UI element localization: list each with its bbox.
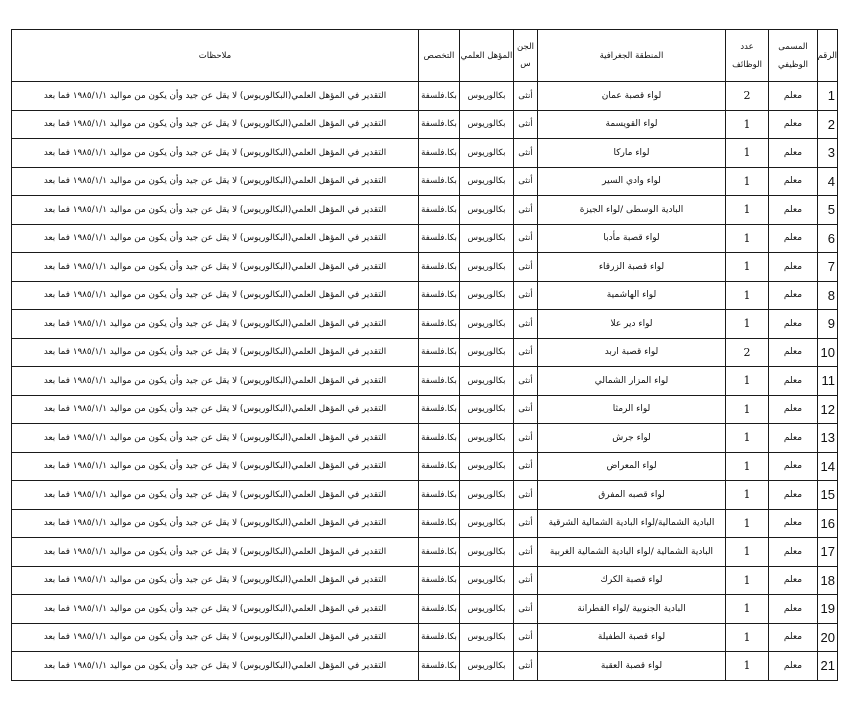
cell-region: لواء ماركا <box>538 139 726 168</box>
cell-qualification: بكالوريوس <box>460 167 514 196</box>
cell-job-count: 1 <box>726 110 769 139</box>
header-gender: الجن س <box>514 30 538 82</box>
cell-notes: التقدير في المؤهل العلمي(البكالوريوس) لا… <box>12 623 419 652</box>
cell-notes: التقدير في المؤهل العلمي(البكالوريوس) لا… <box>12 424 419 453</box>
cell-region: لواء الهاشمية <box>538 281 726 310</box>
cell-gender: أنثى <box>514 82 538 111</box>
cell-region: لواء قصبة الزرقاء <box>538 253 726 282</box>
cell-gender: أنثى <box>514 395 538 424</box>
table-row: 9 معلم 1 لواء دير علا أنثى بكالوريوس بكا… <box>12 310 838 339</box>
table-row: 12 معلم 1 لواء الرمثا أنثى بكالوريوس بكا… <box>12 395 838 424</box>
cell-notes: التقدير في المؤهل العلمي(البكالوريوس) لا… <box>12 566 419 595</box>
cell-job-title: معلم <box>769 253 818 282</box>
cell-region: لواء قصبة العقبة <box>538 652 726 681</box>
cell-notes: التقدير في المؤهل العلمي(البكالوريوس) لا… <box>12 253 419 282</box>
cell-gender: أنثى <box>514 338 538 367</box>
cell-job-title: معلم <box>769 452 818 481</box>
cell-region: لواء قصبة الطفيلة <box>538 623 726 652</box>
cell-region: لواء قصبة الكرك <box>538 566 726 595</box>
cell-region: لواء القويسمة <box>538 110 726 139</box>
cell-gender: أنثى <box>514 253 538 282</box>
cell-job-count: 1 <box>726 281 769 310</box>
cell-number: 15 <box>818 481 838 510</box>
header-notes: ملاحظات <box>12 30 419 82</box>
cell-qualification: بكالوريوس <box>460 623 514 652</box>
table-row: 2 معلم 1 لواء القويسمة أنثى بكالوريوس بك… <box>12 110 838 139</box>
cell-job-count: 1 <box>726 623 769 652</box>
cell-qualification: بكالوريوس <box>460 509 514 538</box>
cell-job-count: 1 <box>726 139 769 168</box>
cell-job-title: معلم <box>769 82 818 111</box>
cell-gender: أنثى <box>514 310 538 339</box>
cell-number: 11 <box>818 367 838 396</box>
table-row: 3 معلم 1 لواء ماركا أنثى بكالوريوس بكا.ف… <box>12 139 838 168</box>
cell-notes: التقدير في المؤهل العلمي(البكالوريوس) لا… <box>12 652 419 681</box>
cell-number: 20 <box>818 623 838 652</box>
table-row: 18 معلم 1 لواء قصبة الكرك أنثى بكالوريوس… <box>12 566 838 595</box>
table-row: 19 معلم 1 البادية الجنوبية /لواء القطران… <box>12 595 838 624</box>
cell-job-count: 1 <box>726 395 769 424</box>
cell-specialization: بكا.فلسفة <box>419 167 460 196</box>
cell-notes: التقدير في المؤهل العلمي(البكالوريوس) لا… <box>12 538 419 567</box>
cell-job-title: معلم <box>769 367 818 396</box>
cell-gender: أنثى <box>514 167 538 196</box>
cell-number: 19 <box>818 595 838 624</box>
table-row: 10 معلم 2 لواء قصبة اربد أنثى بكالوريوس … <box>12 338 838 367</box>
cell-job-count: 2 <box>726 82 769 111</box>
cell-gender: أنثى <box>514 509 538 538</box>
cell-specialization: بكا.فلسفة <box>419 196 460 225</box>
cell-job-title: معلم <box>769 566 818 595</box>
cell-number: 21 <box>818 652 838 681</box>
table-row: 13 معلم 1 لواء جرش أنثى بكالوريوس بكا.فل… <box>12 424 838 453</box>
cell-gender: أنثى <box>514 281 538 310</box>
cell-job-count: 1 <box>726 196 769 225</box>
cell-job-count: 1 <box>726 652 769 681</box>
cell-number: 7 <box>818 253 838 282</box>
cell-job-count: 1 <box>726 424 769 453</box>
cell-number: 3 <box>818 139 838 168</box>
cell-job-count: 1 <box>726 595 769 624</box>
cell-specialization: بكا.فلسفة <box>419 509 460 538</box>
cell-gender: أنثى <box>514 566 538 595</box>
cell-qualification: بكالوريوس <box>460 310 514 339</box>
cell-gender: أنثى <box>514 139 538 168</box>
cell-specialization: بكا.فلسفة <box>419 310 460 339</box>
cell-qualification: بكالوريوس <box>460 281 514 310</box>
cell-job-count: 1 <box>726 566 769 595</box>
cell-number: 10 <box>818 338 838 367</box>
table-row: 5 معلم 1 البادية الوسطى /لواء الجيزة أنث… <box>12 196 838 225</box>
cell-region: لواء جرش <box>538 424 726 453</box>
cell-job-title: معلم <box>769 481 818 510</box>
cell-qualification: بكالوريوس <box>460 110 514 139</box>
cell-specialization: بكا.فلسفة <box>419 395 460 424</box>
cell-gender: أنثى <box>514 652 538 681</box>
table-row: 15 معلم 1 لواء قصبه المفرق أنثى بكالوريو… <box>12 481 838 510</box>
table-row: 7 معلم 1 لواء قصبة الزرقاء أنثى بكالوريو… <box>12 253 838 282</box>
header-job-count: عدد الوظائف <box>726 30 769 82</box>
cell-job-title: معلم <box>769 395 818 424</box>
cell-job-title: معلم <box>769 167 818 196</box>
cell-notes: التقدير في المؤهل العلمي(البكالوريوس) لا… <box>12 110 419 139</box>
cell-region: البادية الشمالية /لواء البادية الشمالية … <box>538 538 726 567</box>
cell-number: 1 <box>818 82 838 111</box>
cell-qualification: بكالوريوس <box>460 424 514 453</box>
cell-notes: التقدير في المؤهل العلمي(البكالوريوس) لا… <box>12 224 419 253</box>
cell-region: البادية الوسطى /لواء الجيزة <box>538 196 726 225</box>
cell-qualification: بكالوريوس <box>460 395 514 424</box>
cell-specialization: بكا.فلسفة <box>419 338 460 367</box>
cell-specialization: بكا.فلسفة <box>419 82 460 111</box>
cell-specialization: بكا.فلسفة <box>419 281 460 310</box>
cell-job-title: معلم <box>769 281 818 310</box>
cell-number: 6 <box>818 224 838 253</box>
cell-job-title: معلم <box>769 424 818 453</box>
cell-gender: أنثى <box>514 196 538 225</box>
cell-qualification: بكالوريوس <box>460 338 514 367</box>
cell-qualification: بكالوريوس <box>460 82 514 111</box>
cell-region: لواء دير علا <box>538 310 726 339</box>
cell-qualification: بكالوريوس <box>460 595 514 624</box>
cell-qualification: بكالوريوس <box>460 538 514 567</box>
cell-job-title: معلم <box>769 595 818 624</box>
table-row: 6 معلم 1 لواء قصبة مأدبا أنثى بكالوريوس … <box>12 224 838 253</box>
cell-notes: التقدير في المؤهل العلمي(البكالوريوس) لا… <box>12 395 419 424</box>
document-page: الرقم المسمى الوظيفي عدد الوظائف المنطقة… <box>11 29 838 681</box>
cell-specialization: بكا.فلسفة <box>419 367 460 396</box>
cell-job-title: معلم <box>769 224 818 253</box>
cell-region: لواء المعراض <box>538 452 726 481</box>
cell-job-title: معلم <box>769 623 818 652</box>
table-row: 1 معلم 2 لواء قصبة عمان أنثى بكالوريوس ب… <box>12 82 838 111</box>
cell-number: 5 <box>818 196 838 225</box>
cell-gender: أنثى <box>514 595 538 624</box>
cell-notes: التقدير في المؤهل العلمي(البكالوريوس) لا… <box>12 338 419 367</box>
cell-notes: التقدير في المؤهل العلمي(البكالوريوس) لا… <box>12 281 419 310</box>
cell-number: 17 <box>818 538 838 567</box>
cell-gender: أنثى <box>514 481 538 510</box>
table-row: 16 معلم 1 البادية الشمالية/لواء البادية … <box>12 509 838 538</box>
cell-job-title: معلم <box>769 139 818 168</box>
cell-job-count: 1 <box>726 452 769 481</box>
cell-job-count: 1 <box>726 509 769 538</box>
cell-notes: التقدير في المؤهل العلمي(البكالوريوس) لا… <box>12 310 419 339</box>
table-row: 17 معلم 1 البادية الشمالية /لواء البادية… <box>12 538 838 567</box>
header-specialization: التخصص <box>419 30 460 82</box>
cell-job-count: 1 <box>726 538 769 567</box>
cell-specialization: بكا.فلسفة <box>419 110 460 139</box>
cell-job-count: 1 <box>726 167 769 196</box>
cell-number: 14 <box>818 452 838 481</box>
table-row: 4 معلم 1 لواء وادي السير أنثى بكالوريوس … <box>12 167 838 196</box>
cell-region: البادية الجنوبية /لواء القطرانة <box>538 595 726 624</box>
cell-qualification: بكالوريوس <box>460 253 514 282</box>
cell-number: 8 <box>818 281 838 310</box>
cell-notes: التقدير في المؤهل العلمي(البكالوريوس) لا… <box>12 367 419 396</box>
cell-specialization: بكا.فلسفة <box>419 424 460 453</box>
cell-specialization: بكا.فلسفة <box>419 595 460 624</box>
cell-job-count: 1 <box>726 367 769 396</box>
cell-job-title: معلم <box>769 310 818 339</box>
cell-qualification: بكالوريوس <box>460 139 514 168</box>
cell-notes: التقدير في المؤهل العلمي(البكالوريوس) لا… <box>12 509 419 538</box>
cell-job-title: معلم <box>769 338 818 367</box>
cell-specialization: بكا.فلسفة <box>419 224 460 253</box>
vacancies-table: الرقم المسمى الوظيفي عدد الوظائف المنطقة… <box>11 29 838 681</box>
cell-region: لواء قصبة عمان <box>538 82 726 111</box>
cell-region: لواء قصبة اربد <box>538 338 726 367</box>
cell-number: 4 <box>818 167 838 196</box>
cell-job-count: 2 <box>726 338 769 367</box>
cell-job-title: معلم <box>769 110 818 139</box>
cell-gender: أنثى <box>514 110 538 139</box>
cell-notes: التقدير في المؤهل العلمي(البكالوريوس) لا… <box>12 481 419 510</box>
cell-job-title: معلم <box>769 538 818 567</box>
cell-region: لواء وادي السير <box>538 167 726 196</box>
table-header-row: الرقم المسمى الوظيفي عدد الوظائف المنطقة… <box>12 30 838 82</box>
cell-job-title: معلم <box>769 196 818 225</box>
cell-number: 18 <box>818 566 838 595</box>
cell-specialization: بكا.فلسفة <box>419 623 460 652</box>
cell-qualification: بكالوريوس <box>460 652 514 681</box>
cell-gender: أنثى <box>514 538 538 567</box>
cell-job-count: 1 <box>726 224 769 253</box>
cell-job-title: معلم <box>769 652 818 681</box>
table-row: 14 معلم 1 لواء المعراض أنثى بكالوريوس بك… <box>12 452 838 481</box>
cell-specialization: بكا.فلسفة <box>419 253 460 282</box>
header-qualification: المؤهل العلمي <box>460 30 514 82</box>
cell-region: لواء قصبه المفرق <box>538 481 726 510</box>
cell-notes: التقدير في المؤهل العلمي(البكالوريوس) لا… <box>12 82 419 111</box>
cell-notes: التقدير في المؤهل العلمي(البكالوريوس) لا… <box>12 595 419 624</box>
cell-gender: أنثى <box>514 224 538 253</box>
cell-specialization: بكا.فلسفة <box>419 652 460 681</box>
cell-number: 13 <box>818 424 838 453</box>
cell-qualification: بكالوريوس <box>460 566 514 595</box>
cell-region: لواء المزار الشمالي <box>538 367 726 396</box>
cell-qualification: بكالوريوس <box>460 367 514 396</box>
table-body: 1 معلم 2 لواء قصبة عمان أنثى بكالوريوس ب… <box>12 82 838 681</box>
cell-qualification: بكالوريوس <box>460 452 514 481</box>
cell-notes: التقدير في المؤهل العلمي(البكالوريوس) لا… <box>12 196 419 225</box>
cell-job-count: 1 <box>726 481 769 510</box>
header-number: الرقم <box>818 30 838 82</box>
table-row: 21 معلم 1 لواء قصبة العقبة أنثى بكالوريو… <box>12 652 838 681</box>
cell-notes: التقدير في المؤهل العلمي(البكالوريوس) لا… <box>12 167 419 196</box>
cell-number: 12 <box>818 395 838 424</box>
cell-specialization: بكا.فلسفة <box>419 139 460 168</box>
header-job-title: المسمى الوظيفي <box>769 30 818 82</box>
cell-notes: التقدير في المؤهل العلمي(البكالوريوس) لا… <box>12 139 419 168</box>
cell-qualification: بكالوريوس <box>460 196 514 225</box>
cell-specialization: بكا.فلسفة <box>419 481 460 510</box>
cell-gender: أنثى <box>514 424 538 453</box>
cell-job-count: 1 <box>726 310 769 339</box>
cell-gender: أنثى <box>514 367 538 396</box>
table-row: 8 معلم 1 لواء الهاشمية أنثى بكالوريوس بك… <box>12 281 838 310</box>
cell-number: 9 <box>818 310 838 339</box>
cell-specialization: بكا.فلسفة <box>419 538 460 567</box>
cell-qualification: بكالوريوس <box>460 481 514 510</box>
cell-job-count: 1 <box>726 253 769 282</box>
cell-qualification: بكالوريوس <box>460 224 514 253</box>
cell-gender: أنثى <box>514 452 538 481</box>
header-region: المنطقة الجغرافية <box>538 30 726 82</box>
cell-specialization: بكا.فلسفة <box>419 452 460 481</box>
cell-number: 16 <box>818 509 838 538</box>
cell-specialization: بكا.فلسفة <box>419 566 460 595</box>
cell-region: لواء قصبة مأدبا <box>538 224 726 253</box>
cell-job-title: معلم <box>769 509 818 538</box>
cell-gender: أنثى <box>514 623 538 652</box>
cell-notes: التقدير في المؤهل العلمي(البكالوريوس) لا… <box>12 452 419 481</box>
cell-region: البادية الشمالية/لواء البادية الشمالية ا… <box>538 509 726 538</box>
table-row: 20 معلم 1 لواء قصبة الطفيلة أنثى بكالوري… <box>12 623 838 652</box>
table-row: 11 معلم 1 لواء المزار الشمالي أنثى بكالو… <box>12 367 838 396</box>
cell-number: 2 <box>818 110 838 139</box>
cell-region: لواء الرمثا <box>538 395 726 424</box>
